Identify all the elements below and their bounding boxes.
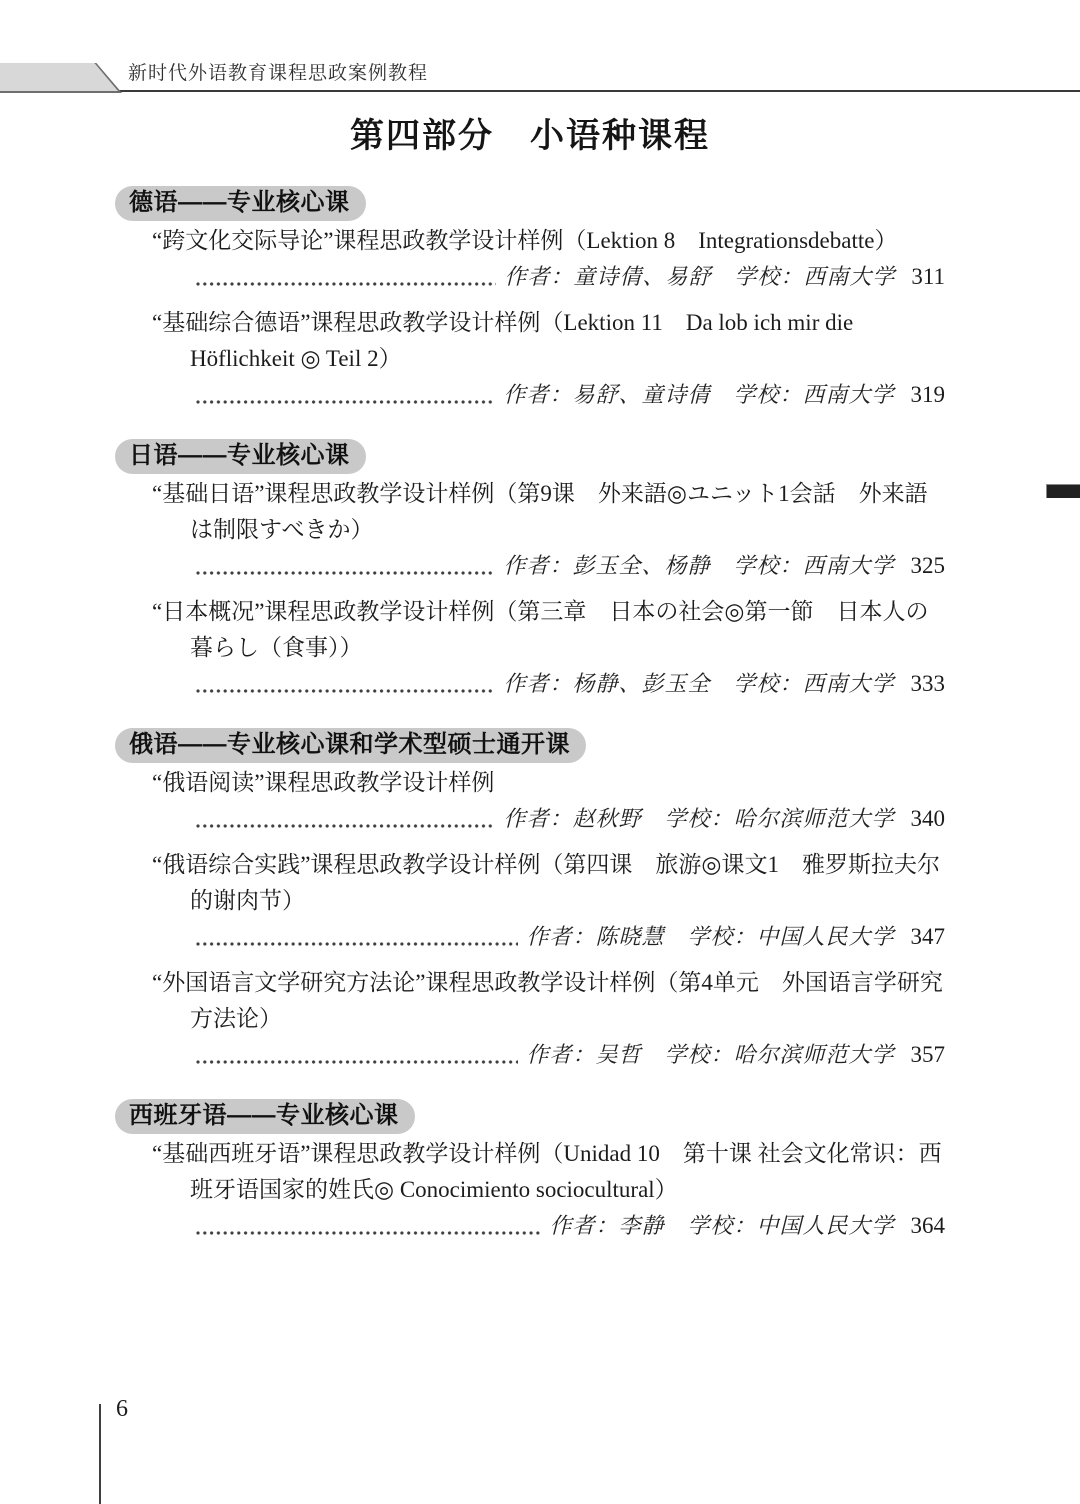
entry-page-number: 340 [911,801,946,837]
toc-entry: “基础日语”课程思政教学设计样例（第9课 外来語◎ユニット1会話 外来語は制限す… [115,476,945,584]
page-number: 6 [116,1396,128,1423]
toc-entry: “俄语综合实践”课程思政教学设计样例（第四课 旅游◎课文1 雅罗斯拉夫尔的谢肉节… [115,847,945,955]
entry-title: “俄语综合实践”课程思政教学设计样例（第四课 旅游◎课文1 雅罗斯拉夫尔的谢肉节… [115,847,945,919]
toc-content: 第四部分 小语种课程 德语——专业核心课 “跨文化交际导论”课程思政教学设计样例… [0,92,1080,1244]
book-title: 新时代外语教育课程思政案例教程 [128,58,428,85]
entry-author-row: 作者：李静 学校：中国人民大学 364 [115,1208,945,1244]
entry-title: “基础综合德语”课程思政教学设计样例（Lektion 11 Da lob ich… [115,305,945,377]
entry-author: 作者：赵秋野 学校：哈尔滨师范大学 [503,801,894,837]
entry-author: 作者：李静 学校：中国人民大学 [549,1208,894,1244]
dot-leader [195,280,496,288]
book-page: 新时代外语教育课程思政案例教程 第四部分 小语种课程 德语——专业核心课 “跨文… [0,0,1080,1504]
section-spanish: 西班牙语——专业核心课 “基础西班牙语”课程思政教学设计样例（Unidad 10… [115,1099,945,1244]
entry-author: 作者：易舒、童诗倩 学校：西南大学 [503,377,894,413]
toc-entry: “基础综合德语”课程思政教学设计样例（Lektion 11 Da lob ich… [115,305,945,413]
entry-page-number: 319 [911,377,946,413]
toc-entry: “俄语阅读”课程思政教学设计样例 作者：赵秋野 学校：哈尔滨师范大学 340 [115,765,945,837]
entry-author-row: 作者：陈晓慧 学校：中国人民大学 347 [115,919,945,955]
entry-title: “俄语阅读”课程思政教学设计样例 [115,765,945,801]
dot-leader [195,398,495,406]
entry-author: 作者：童诗倩、易舒 学校：西南大学 [504,259,895,295]
toc-entry: “基础西班牙语”课程思政教学设计样例（Unidad 10 第十课 社会文化常识：… [115,1136,945,1244]
footer-vertical-rule [99,1404,101,1504]
entry-page-number: 311 [911,259,945,295]
entry-author: 作者：陈晓慧 学校：中国人民大学 [526,919,894,955]
entry-page-number: 333 [911,666,946,702]
entry-author-row: 作者：彭玉全、杨静 学校：西南大学 325 [115,548,945,584]
section-russian: 俄语——专业核心课和学术型硕士通开课 “俄语阅读”课程思政教学设计样例 作者：赵… [115,728,945,1073]
dot-leader [195,1229,541,1237]
toc-entry: “跨文化交际导论”课程思政教学设计样例（Lektion 8 Integratio… [115,223,945,295]
dot-leader [195,569,495,577]
entry-author-row: 作者：易舒、童诗倩 学校：西南大学 319 [115,377,945,413]
section-japanese: 日语——专业核心课 “基础日语”课程思政教学设计样例（第9课 外来語◎ユニット1… [115,439,945,702]
entry-title: “跨文化交际导论”课程思政教学设计样例（Lektion 8 Integratio… [115,223,945,259]
toc-entry: “外国语言文学研究方法论”课程思政教学设计样例（第4单元 外国语言学研究方法论）… [115,965,945,1073]
entry-page-number: 347 [911,919,946,955]
entry-page-number: 357 [911,1037,946,1073]
header-tab [0,63,118,91]
section-badge-german: 德语——专业核心课 [115,186,366,221]
dot-leader [195,822,495,830]
entry-page-number: 325 [911,548,946,584]
entry-author: 作者：彭玉全、杨静 学校：西南大学 [503,548,894,584]
dot-leader [195,687,495,695]
dot-leader [195,1058,518,1066]
entry-author: 作者：杨静、彭玉全 学校：西南大学 [503,666,894,702]
dot-leader [195,940,518,948]
entry-title: “日本概况”课程思政教学设计样例（第三章 日本の社会◎第一節 日本人の暮らし（食… [115,594,945,666]
entry-author-row: 作者：童诗倩、易舒 学校：西南大学 311 [115,259,945,295]
entry-author: 作者：吴哲 学校：哈尔滨师范大学 [526,1037,894,1073]
entry-title: “基础西班牙语”课程思政教学设计样例（Unidad 10 第十课 社会文化常识：… [115,1136,945,1208]
entry-page-number: 364 [911,1208,946,1244]
entry-title: “基础日语”课程思政教学设计样例（第9课 外来語◎ユニット1会話 外来語は制限す… [115,476,945,548]
page-title: 第四部分 小语种课程 [115,112,945,160]
entry-author-row: 作者：赵秋野 学校：哈尔滨师范大学 340 [115,801,945,837]
entry-title: “外国语言文学研究方法论”课程思政教学设计样例（第4单元 外国语言学研究方法论） [115,965,945,1037]
section-german: 德语——专业核心课 “跨文化交际导论”课程思政教学设计样例（Lektion 8 … [115,186,945,413]
section-badge-russian: 俄语——专业核心课和学术型硕士通开课 [115,728,586,763]
page-header: 新时代外语教育课程思政案例教程 [0,0,1080,92]
entry-author-row: 作者：杨静、彭玉全 学校：西南大学 333 [115,666,945,702]
section-badge-spanish: 西班牙语——专业核心课 [115,1099,415,1134]
entry-author-row: 作者：吴哲 学校：哈尔滨师范大学 357 [115,1037,945,1073]
toc-entry: “日本概况”课程思政教学设计样例（第三章 日本の社会◎第一節 日本人の暮らし（食… [115,594,945,702]
section-badge-japanese: 日语——专业核心课 [115,439,366,474]
